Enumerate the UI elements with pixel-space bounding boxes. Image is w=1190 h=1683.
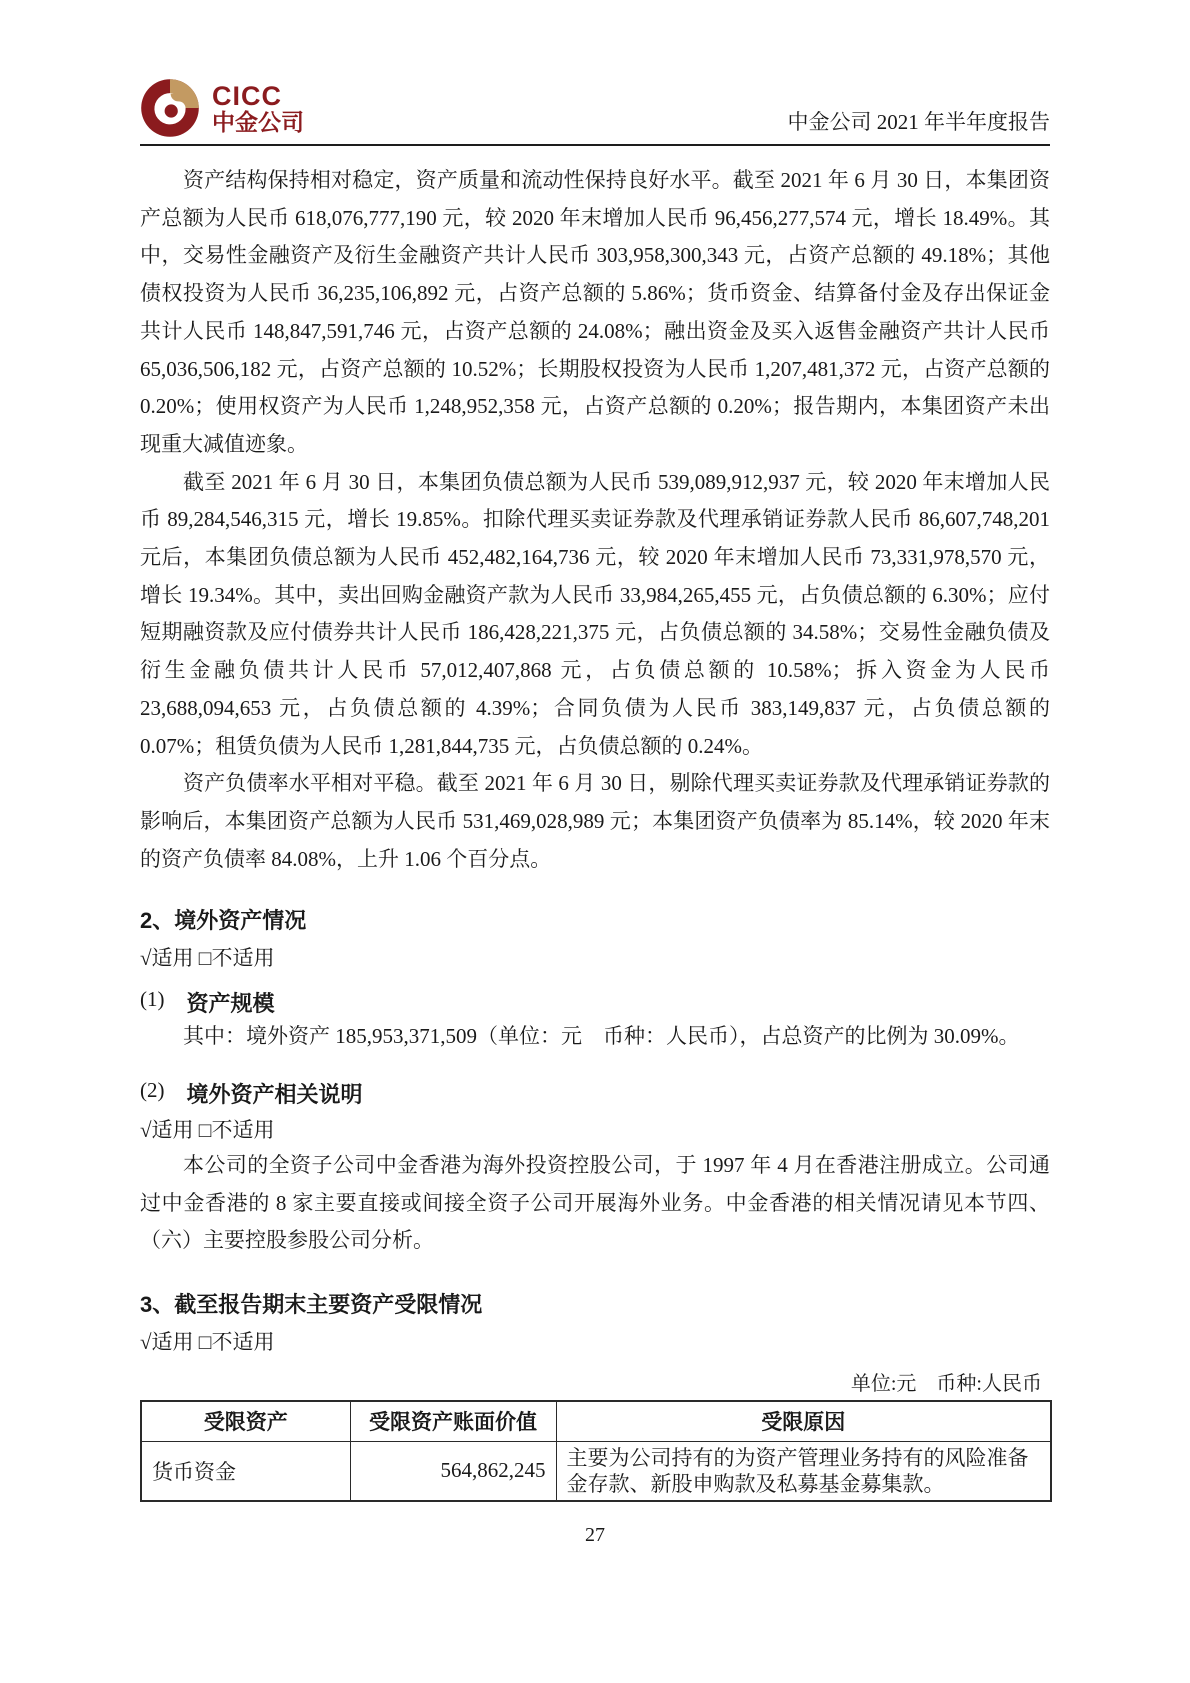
paragraph-asset-structure: 资产结构保持相对稳定，资产质量和流动性保持良好水平。截至 2021 年 6 月 …	[140, 162, 1050, 464]
subsection-1-number: (1)	[140, 987, 165, 1018]
body-text-block: 资产结构保持相对稳定，资产质量和流动性保持良好水平。截至 2021 年 6 月 …	[140, 146, 1050, 878]
restricted-assets-table: 受限资产 受限资产账面价值 受限原因 货币资金 564,862,245 主要为公…	[140, 1400, 1052, 1502]
subsection-1-heading: (1) 资产规模	[140, 987, 1050, 1018]
logo-text: CICC 中金公司	[212, 82, 304, 134]
cell-book-value: 564,862,245	[350, 1441, 556, 1501]
report-title: 中金公司 2021 年半年度报告	[788, 106, 1051, 138]
subsection-2-applicable-line: √适用 □不适用	[140, 1114, 1050, 1147]
subsection-2-body: 本公司的全资子公司中金香港为海外投资控股公司，于 1997 年 4 月在香港注册…	[140, 1147, 1050, 1260]
report-page: CICC 中金公司 中金公司 2021 年半年度报告 资产结构保持相对稳定，资产…	[0, 0, 1190, 1683]
subsection-2-number: (2)	[140, 1078, 165, 1109]
paragraph-leverage-ratio: 资产负债率水平相对平稳。截至 2021 年 6 月 30 日，剔除代理买卖证券款…	[140, 765, 1050, 878]
cicc-logo-mark-icon	[140, 78, 200, 138]
section-3-applicable-line: √适用 □不适用	[140, 1326, 1050, 1359]
page-header: CICC 中金公司 中金公司 2021 年半年度报告	[140, 0, 1050, 146]
paragraph-liabilities: 截至 2021 年 6 月 30 日，本集团负债总额为人民币 539,089,9…	[140, 464, 1050, 766]
content-area: CICC 中金公司 中金公司 2021 年半年度报告 资产结构保持相对稳定，资产…	[140, 0, 1050, 1547]
header-cell-restricted-asset: 受限资产	[141, 1401, 350, 1441]
subsection-2-title: 境外资产相关说明	[187, 1078, 363, 1109]
table-row-monetary-funds: 货币资金 564,862,245 主要为公司持有的为资产管理业务持有的风险准备金…	[141, 1441, 1051, 1501]
header-cell-restriction-reason: 受限原因	[556, 1401, 1051, 1441]
section-3-heading: 3、截至报告期末主要资产受限情况	[140, 1288, 1050, 1321]
unit-currency-note: 单位:元 币种:人民币	[140, 1367, 1042, 1396]
subsection-1-title: 资产规模	[187, 987, 275, 1018]
section-2-heading: 2、境外资产情况	[140, 904, 1050, 937]
logo-text-en: CICC	[212, 82, 304, 110]
subsection-2-heading: (2) 境外资产相关说明	[140, 1078, 1050, 1109]
cell-restricted-asset: 货币资金	[141, 1441, 350, 1501]
cicc-logo: CICC 中金公司	[140, 78, 304, 138]
cell-restriction-reason: 主要为公司持有的为资产管理业务持有的风险准备金存款、新股申购款及私募基金募集款。	[556, 1441, 1051, 1501]
page-number: 27	[140, 1524, 1050, 1547]
logo-text-cn: 中金公司	[212, 110, 304, 134]
section-2-applicable-line: √适用 □不适用	[140, 942, 1050, 975]
table-header-row: 受限资产 受限资产账面价值 受限原因	[141, 1401, 1051, 1441]
subsection-1-body: 其中：境外资产 185,953,371,509（单位：元 币种：人民币），占总资…	[140, 1018, 1050, 1056]
header-cell-book-value: 受限资产账面价值	[350, 1401, 556, 1441]
